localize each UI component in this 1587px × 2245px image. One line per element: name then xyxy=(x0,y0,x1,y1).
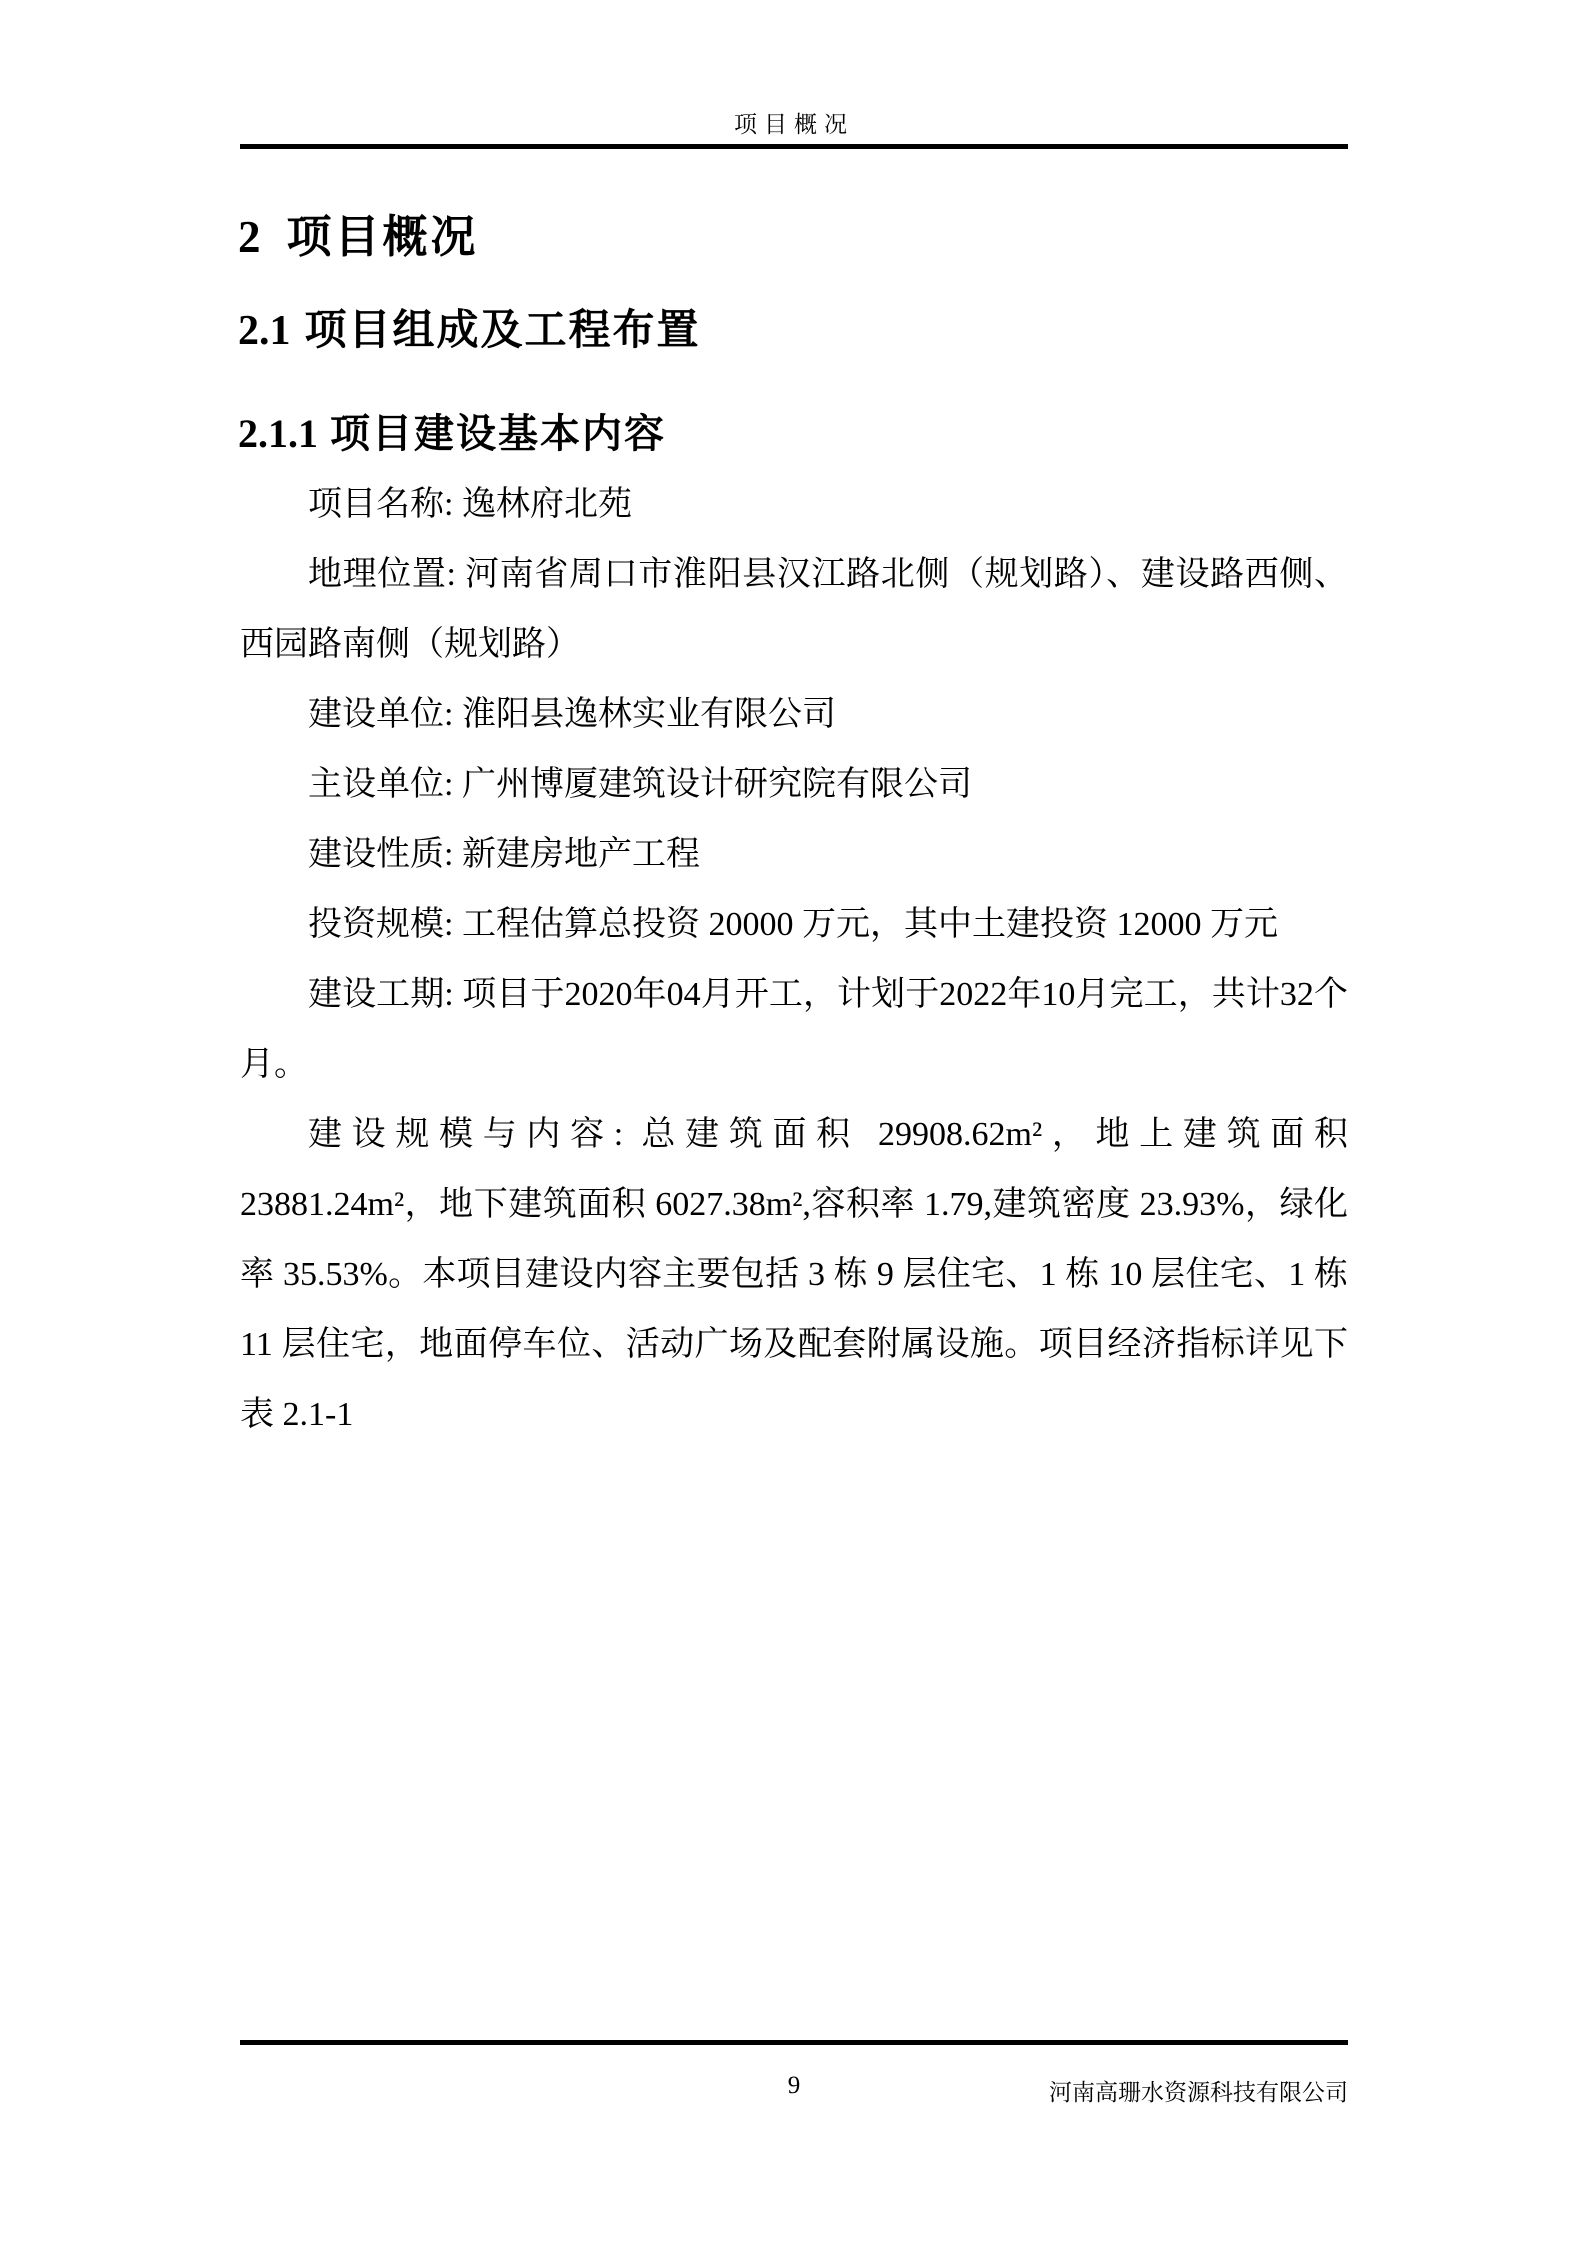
chapter-heading: 2项目概况 xyxy=(238,200,479,265)
header-rule xyxy=(240,144,1348,149)
subsection-number: 2.1.1 xyxy=(238,411,318,456)
footer: 9 河南高珊水资源科技有限公司 xyxy=(240,2072,1348,2112)
section-title: 项目组成及工程布置 xyxy=(305,308,701,354)
paragraph-project-name: 项目名称: 逸林府北苑 xyxy=(240,470,1348,540)
paragraph-construction-period: 建设工期: 项目于2020年04月开工，计划于2022年10月完工，共计32个月… xyxy=(240,960,1348,1100)
body-text: 项目名称: 逸林府北苑 地理位置: 河南省周口市淮阳县汉江路北侧（规划路）、建设… xyxy=(240,470,1348,1450)
paragraph-investment-scale: 投资规模: 工程估算总投资 20000 万元，其中土建投资 12000 万元 xyxy=(240,890,1348,960)
paragraph-construction-nature: 建设性质: 新建房地产工程 xyxy=(240,820,1348,890)
running-header: 项目概况 xyxy=(240,106,1348,139)
section-number: 2.1 xyxy=(238,308,291,354)
subsection-heading: 2.1.1项目建设基本内容 xyxy=(238,402,666,459)
footer-company-name: 河南高珊水资源科技有限公司 xyxy=(1049,2074,1348,2107)
section-heading: 2.1项目组成及工程布置 xyxy=(238,297,701,357)
paragraph-construction-unit: 建设单位: 淮阳县逸林实业有限公司 xyxy=(240,680,1348,750)
footer-rule xyxy=(240,2040,1348,2045)
subsection-title: 项目建设基本内容 xyxy=(330,411,666,456)
paragraph-scale-and-content: 建设规模与内容: 总建筑面积 29908.62m²，地上建筑面积 23881.2… xyxy=(240,1100,1348,1450)
paragraph-location: 地理位置: 河南省周口市淮阳县汉江路北侧（规划路）、建设路西侧、西园路南侧（规划… xyxy=(240,540,1348,680)
paragraph-design-unit: 主设单位: 广州博厦建筑设计研究院有限公司 xyxy=(240,750,1348,820)
chapter-number: 2 xyxy=(238,212,261,262)
chapter-title: 项目概况 xyxy=(287,212,479,262)
document-page: 项目概况 2项目概况 2.1项目组成及工程布置 2.1.1项目建设基本内容 项目… xyxy=(0,0,1587,2245)
